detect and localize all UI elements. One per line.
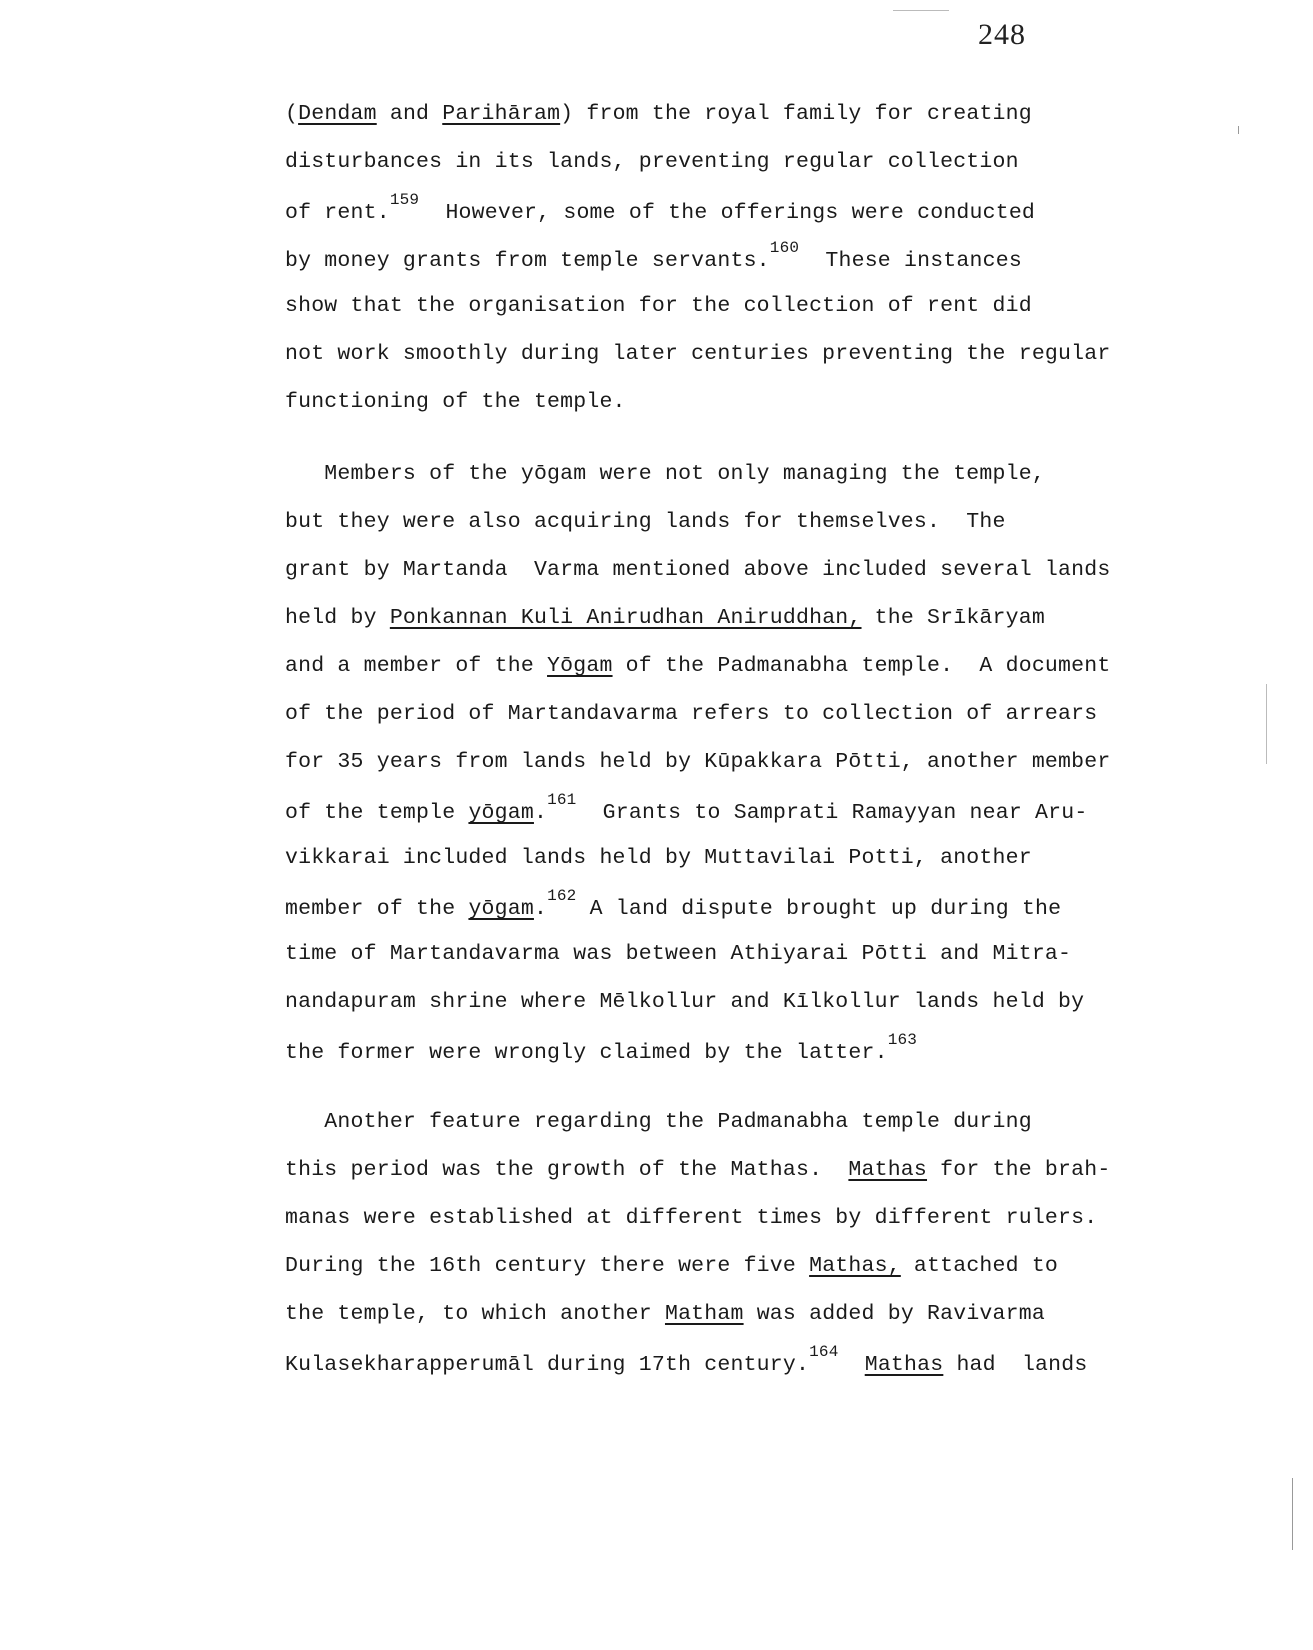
footnote-ref: 164 (809, 1343, 838, 1361)
text-segment: ) from the royal family for creating (560, 102, 1032, 126)
text-line: manas were established at different time… (285, 1208, 1097, 1230)
underlined-term: Ponkannan Kuli Anirudhan Aniruddhan, (390, 606, 862, 630)
underlined-term: Mathas, (809, 1254, 901, 1278)
text-segment: for 35 years from lands held by Kūpakkar… (285, 750, 1110, 774)
text-segment: A land dispute brought up during the (576, 897, 1061, 921)
text-line: disturbances in its lands, preventing re… (285, 152, 1019, 174)
text-segment: attached to (901, 1254, 1058, 1278)
margin-mark (1238, 126, 1239, 134)
text-segment: . (534, 897, 547, 921)
text-line: (Dendam and Parihāram) from the royal fa… (285, 104, 1032, 126)
footnote-ref: 162 (547, 887, 576, 905)
text-line: of the temple yōgam.161 Grants to Sampra… (285, 800, 1087, 825)
text-line: Another feature regarding the Padmanabha… (285, 1112, 1032, 1134)
text-line: this period was the growth of the Mathas… (285, 1160, 1110, 1182)
text-segment: Kulasekharapperumāl during 17th century. (285, 1353, 809, 1377)
text-segment: held by (285, 606, 390, 630)
text-segment: of the period of Martandavarma refers to… (285, 702, 1097, 726)
text-segment: had lands (943, 1353, 1087, 1377)
text-segment: but they were also acquiring lands for t… (285, 510, 1006, 534)
text-segment: time of Martandavarma was between Athiya… (285, 942, 1071, 966)
text-segment: disturbances in its lands, preventing re… (285, 150, 1019, 174)
text-line: and a member of the Yōgam of the Padmana… (285, 656, 1110, 678)
text-segment: manas were established at different time… (285, 1206, 1097, 1230)
text-line: the former were wrongly claimed by the l… (285, 1040, 917, 1065)
text-line: time of Martandavarma was between Athiya… (285, 944, 1071, 966)
text-line: for 35 years from lands held by Kūpakkar… (285, 752, 1110, 774)
footnote-ref: 160 (770, 239, 799, 257)
underlined-term: Dendam (298, 102, 377, 126)
footnote-ref: 163 (888, 1031, 917, 1049)
text-segment: of the Padmanabha temple. A document (613, 654, 1111, 678)
text-segment: . (534, 801, 547, 825)
text-line: Kulasekharapperumāl during 17th century.… (285, 1352, 1087, 1377)
text-line: During the 16th century there were five … (285, 1256, 1058, 1278)
text-line: show that the organisation for the colle… (285, 296, 1032, 318)
underlined-term: Parihāram (442, 102, 560, 126)
text-line: the temple, to which another Matham was … (285, 1304, 1045, 1326)
text-segment (839, 1353, 865, 1377)
text-segment: and a member of the (285, 654, 547, 678)
underlined-term: Mathas (848, 1158, 927, 1182)
text-segment: and (377, 102, 443, 126)
text-line: but they were also acquiring lands for t… (285, 512, 1006, 534)
footnote-ref: 161 (547, 791, 576, 809)
text-segment: functioning of the temple. (285, 390, 626, 414)
text-line: grant by Martanda Varma mentioned above … (285, 560, 1110, 582)
text-line: not work smoothly during later centuries… (285, 344, 1110, 366)
text-segment: this period was the growth of the Mathas… (285, 1158, 848, 1182)
text-segment: member of the (285, 897, 468, 921)
text-line: nandapuram shrine where Mēlkollur and Kī… (285, 992, 1084, 1014)
text-line: of rent.159 However, some of the offerin… (285, 200, 1035, 225)
text-segment: the temple, to which another (285, 1302, 665, 1326)
text-segment: vikkarai included lands held by Muttavil… (285, 846, 1032, 870)
text-segment: However, some of the offerings were cond… (419, 201, 1035, 225)
text-segment: was added by Ravivarma (744, 1302, 1045, 1326)
underlined-term: Yōgam (547, 654, 613, 678)
text-segment: for the brah- (927, 1158, 1110, 1182)
text-segment: not work smoothly during later centuries… (285, 342, 1110, 366)
text-segment: nandapuram shrine where Mēlkollur and Kī… (285, 990, 1084, 1014)
text-segment: These instances (799, 249, 1022, 273)
text-segment: the former were wrongly claimed by the l… (285, 1041, 888, 1065)
footnote-ref: 159 (390, 191, 419, 209)
text-segment: by money grants from temple servants. (285, 249, 770, 273)
text-segment: of the temple (285, 801, 468, 825)
text-line: vikkarai included lands held by Muttavil… (285, 848, 1032, 870)
text-segment: grant by Martanda Varma mentioned above … (285, 558, 1110, 582)
margin-mark (1292, 1478, 1293, 1550)
underlined-term: Matham (665, 1302, 744, 1326)
top-rule (893, 10, 949, 11)
page-number: 248 (978, 18, 1026, 52)
text-segment: ( (285, 102, 298, 126)
text-line: by money grants from temple servants.160… (285, 248, 1022, 273)
text-line: held by Ponkannan Kuli Anirudhan Anirudd… (285, 608, 1045, 630)
text-segment: of rent. (285, 201, 390, 225)
text-segment: Grants to Samprati Ramayyan near Aru- (576, 801, 1087, 825)
margin-mark (1266, 684, 1267, 764)
text-line: of the period of Martandavarma refers to… (285, 704, 1097, 726)
text-line: member of the yōgam.162 A land dispute b… (285, 896, 1061, 921)
underlined-term: yōgam (468, 897, 534, 921)
text-segment: During the 16th century there were five (285, 1254, 809, 1278)
text-segment: show that the organisation for the colle… (285, 294, 1032, 318)
text-segment: Members of the yōgam were not only manag… (285, 462, 1045, 486)
underlined-term: yōgam (468, 801, 534, 825)
text-segment: Another feature regarding the Padmanabha… (285, 1110, 1032, 1134)
text-line: Members of the yōgam were not only manag… (285, 464, 1045, 486)
text-line: functioning of the temple. (285, 392, 626, 414)
text-segment: the Srīkāryam (862, 606, 1045, 630)
underlined-term: Mathas (865, 1353, 944, 1377)
